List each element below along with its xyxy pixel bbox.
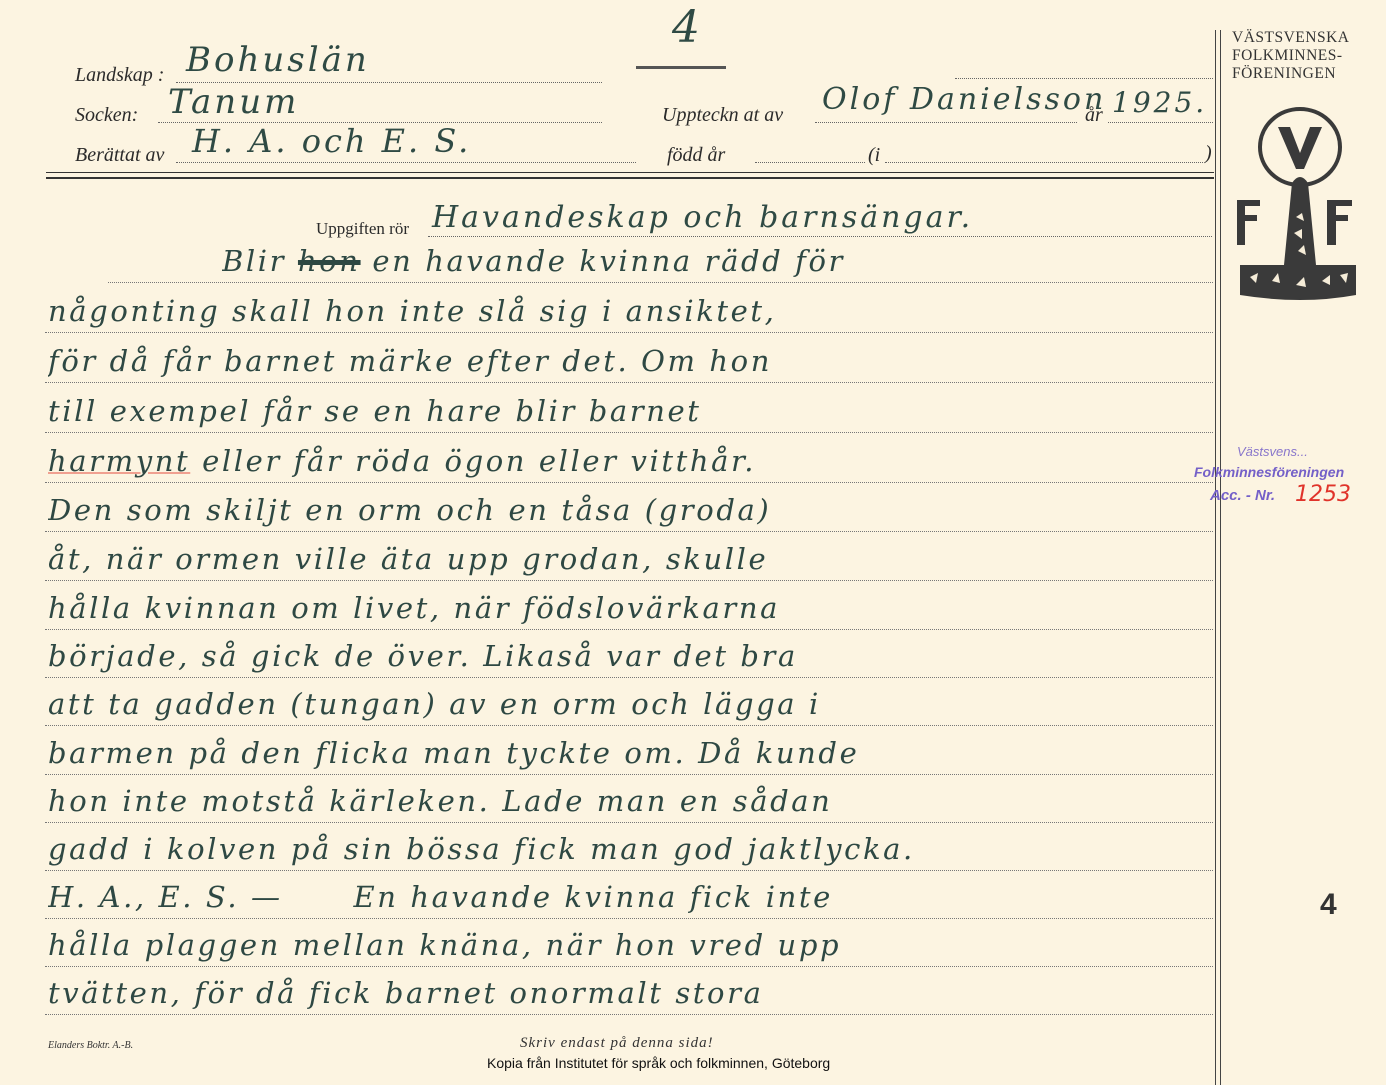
field-berattat-value: H. A. och E. S. [192, 122, 471, 160]
label-socken: Socken: [75, 104, 138, 127]
ruled-line [45, 918, 1213, 919]
ruled-line [45, 382, 1213, 383]
label-berattat: Berättat av [75, 144, 164, 167]
ruled-line [45, 332, 1213, 333]
label-close-paren: ) [1205, 142, 1212, 165]
organization-name: VÄSTSVENSKA FOLKMINNES- FÖRENINGEN [1232, 29, 1349, 83]
ruled-line [45, 629, 1213, 630]
ruled-line [45, 482, 1213, 483]
field-landskap-value: Bohuslän [186, 40, 370, 80]
label-fodd: född år [667, 144, 725, 167]
body-line-13: gadd i kolven på sin bössa fick man god … [48, 832, 1213, 866]
body-line-12: hon inte motstå kärleken. Lade man en så… [48, 784, 1213, 818]
stamp-acc-label: Acc. - Nr. [1210, 487, 1275, 504]
field-fodd-i-line [885, 162, 1203, 163]
ruled-line [45, 822, 1213, 823]
field-ar-line [1108, 122, 1213, 123]
ruled-line [45, 677, 1213, 678]
field-ar-value: 1925. [1112, 86, 1207, 119]
field-berattat-line [176, 162, 636, 163]
organization-line-3: FÖRENINGEN [1232, 65, 1349, 83]
ruled-line [45, 531, 1213, 532]
field-socken-value: Tanum [168, 82, 299, 122]
field-fodd-line [755, 162, 865, 163]
ruled-line [45, 580, 1213, 581]
body-line-1: Blir hon en havande kvinna rädd för [222, 244, 1212, 278]
body-line-4: till exempel får se en hare blir barnet [48, 394, 1213, 428]
body-line-8: hålla kvinnan om livet, när födslovärkar… [48, 591, 1213, 625]
label-ar: år [1085, 104, 1103, 127]
margin-line-2 [1220, 30, 1221, 1085]
ruled-line [45, 966, 1213, 967]
page-mark: 4 [672, 2, 703, 53]
ruled-line [45, 725, 1213, 726]
stamp-line-2: Folkminnesföreningen [1194, 464, 1344, 480]
body-line-3: för då får barnet märke efter det. Om ho… [48, 344, 1213, 378]
label-landskap: Landskap : [75, 64, 164, 87]
label-fodd-i: (i [868, 144, 880, 167]
page-mark-underline [636, 66, 726, 69]
ruled-line [45, 774, 1213, 775]
body-line-16: tvätten, för då fick barnet onormalt sto… [48, 976, 1213, 1010]
ruled-line [45, 870, 1213, 871]
body-line-5: harmynt eller får röda ögon eller vitthå… [48, 444, 1213, 478]
printer-credit: Elanders Boktr. A.-B. [48, 1040, 133, 1051]
field-uppteck-upper-line [955, 78, 1213, 79]
side-page-number: 4 [1320, 888, 1337, 922]
field-uppteck-line [815, 122, 1077, 123]
struck-word: hon [298, 244, 361, 278]
stamp-acc-number: 1253 [1295, 482, 1351, 507]
ruled-line [45, 1014, 1213, 1015]
underlined-word: harmynt [48, 444, 190, 478]
footer-instruction: Skriv endast på denna sida! [520, 1035, 714, 1052]
body-line-6: Den som skiljt en orm och en tåsa (groda… [48, 493, 1213, 527]
organization-line-2: FOLKMINNES- [1232, 47, 1349, 65]
ruled-line [45, 432, 1213, 433]
vff-hammer-logo-icon [1232, 105, 1362, 315]
copy-notice: Kopia från Institutet för språk och folk… [487, 1055, 830, 1071]
body-line-9: började, så gick de över. Likaså var det… [48, 639, 1213, 673]
field-uppgiften-value: Havandeskap och barnsängar. [432, 200, 973, 235]
organization-line-1: VÄSTSVENSKA [1232, 29, 1349, 47]
field-uppteck-value: Olof Danielsson [822, 82, 1106, 117]
header-rule-top [46, 172, 1214, 173]
label-uppgiften: Uppgiften rör [316, 219, 409, 239]
label-uppteck: Uppteckn at av [662, 104, 783, 127]
header-rule-bottom [46, 177, 1214, 179]
field-uppgiften-line [428, 236, 1212, 237]
body-line-14: H. A., E. S. — En havande kvinna fick in… [48, 880, 1213, 914]
margin-line-1 [1215, 30, 1216, 1085]
archive-form-page: 4 Landskap : Bohuslän Socken: Tanum Berä… [0, 0, 1386, 1085]
body-line-7: åt, när ormen ville äta upp grodan, skul… [48, 542, 1213, 576]
body-line-11: barmen på den flicka man tyckte om. Då k… [48, 736, 1213, 770]
stamp-line-1: Västsvens... [1237, 444, 1308, 459]
body-line-10: att ta gadden (tungan) av en orm och läg… [48, 687, 1213, 721]
body-line-15: hålla plaggen mellan knäna, när hon vred… [48, 928, 1213, 962]
body-line-2: någonting skall hon inte slå sig i ansik… [48, 294, 1213, 328]
ruled-line [108, 282, 1213, 283]
